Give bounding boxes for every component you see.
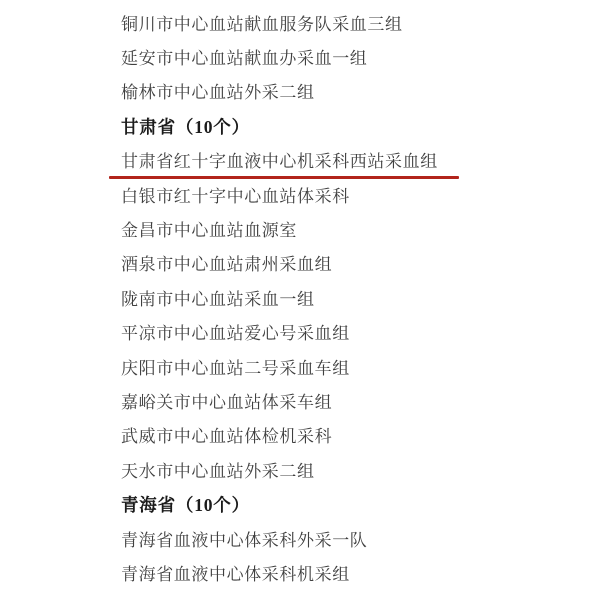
station-name: 延安市中心血站献血办采血一组 — [121, 50, 367, 67]
list-item: 金昌市中心血站血源室 — [121, 213, 566, 247]
station-name: 嘉峪关市中心血站体采车组 — [121, 394, 332, 411]
province-header: 青海省（10个） — [121, 488, 566, 522]
station-name: 甘肃省红十字血液中心机采科西站采血组 — [121, 153, 438, 170]
list-item: 延安市中心血站献血办采血一组 — [121, 41, 566, 75]
list-item: 铜川市中心血站献血服务队采血三组 — [121, 7, 566, 41]
station-name: 武威市中心血站体检机采科 — [121, 428, 332, 445]
province-header-label: 青海省（10个） — [121, 497, 250, 515]
station-name: 白银市红十字中心血站体采科 — [121, 188, 350, 205]
list-item: 嘉峪关市中心血站体采车组 — [121, 385, 566, 419]
station-list: 铜川市中心血站献血服务队采血三组延安市中心血站献血办采血一组榆林市中心血站外采二… — [121, 7, 566, 592]
station-name: 榆林市中心血站外采二组 — [121, 84, 315, 101]
station-name: 青海省血液中心体采科外采一队 — [121, 532, 367, 549]
list-item: 平凉市中心血站爱心号采血组 — [121, 317, 566, 351]
red-underline — [109, 176, 459, 179]
province-header-label: 甘肃省（10个） — [121, 119, 250, 137]
station-name: 酒泉市中心血站肃州采血组 — [121, 256, 332, 273]
list-item: 陇南市中心血站采血一组 — [121, 282, 566, 316]
station-name: 青海省血液中心体采科机采组 — [121, 566, 350, 583]
station-name: 金昌市中心血站血源室 — [121, 222, 297, 239]
province-header: 甘肃省（10个） — [121, 110, 566, 144]
station-name: 平凉市中心血站爱心号采血组 — [121, 325, 350, 342]
list-item: 天水市中心血站外采二组 — [121, 454, 566, 488]
list-item: 武威市中心血站体检机采科 — [121, 420, 566, 454]
station-name: 庆阳市中心血站二号采血车组 — [121, 360, 350, 377]
list-item: 白银市红十字中心血站体采科 — [121, 179, 566, 213]
station-name: 天水市中心血站外采二组 — [121, 463, 315, 480]
station-name: 陇南市中心血站采血一组 — [121, 291, 315, 308]
document-page: 铜川市中心血站献血服务队采血三组延安市中心血站献血办采血一组榆林市中心血站外采二… — [0, 0, 606, 599]
list-item: 榆林市中心血站外采二组 — [121, 76, 566, 110]
list-item: 甘肃省红十字血液中心机采科西站采血组 — [121, 145, 566, 179]
list-item: 青海省血液中心体采科外采一队 — [121, 523, 566, 557]
list-item: 青海省血液中心体采科机采组 — [121, 557, 566, 591]
station-name: 铜川市中心血站献血服务队采血三组 — [121, 16, 403, 33]
list-item: 酒泉市中心血站肃州采血组 — [121, 248, 566, 282]
list-item: 庆阳市中心血站二号采血车组 — [121, 351, 566, 385]
